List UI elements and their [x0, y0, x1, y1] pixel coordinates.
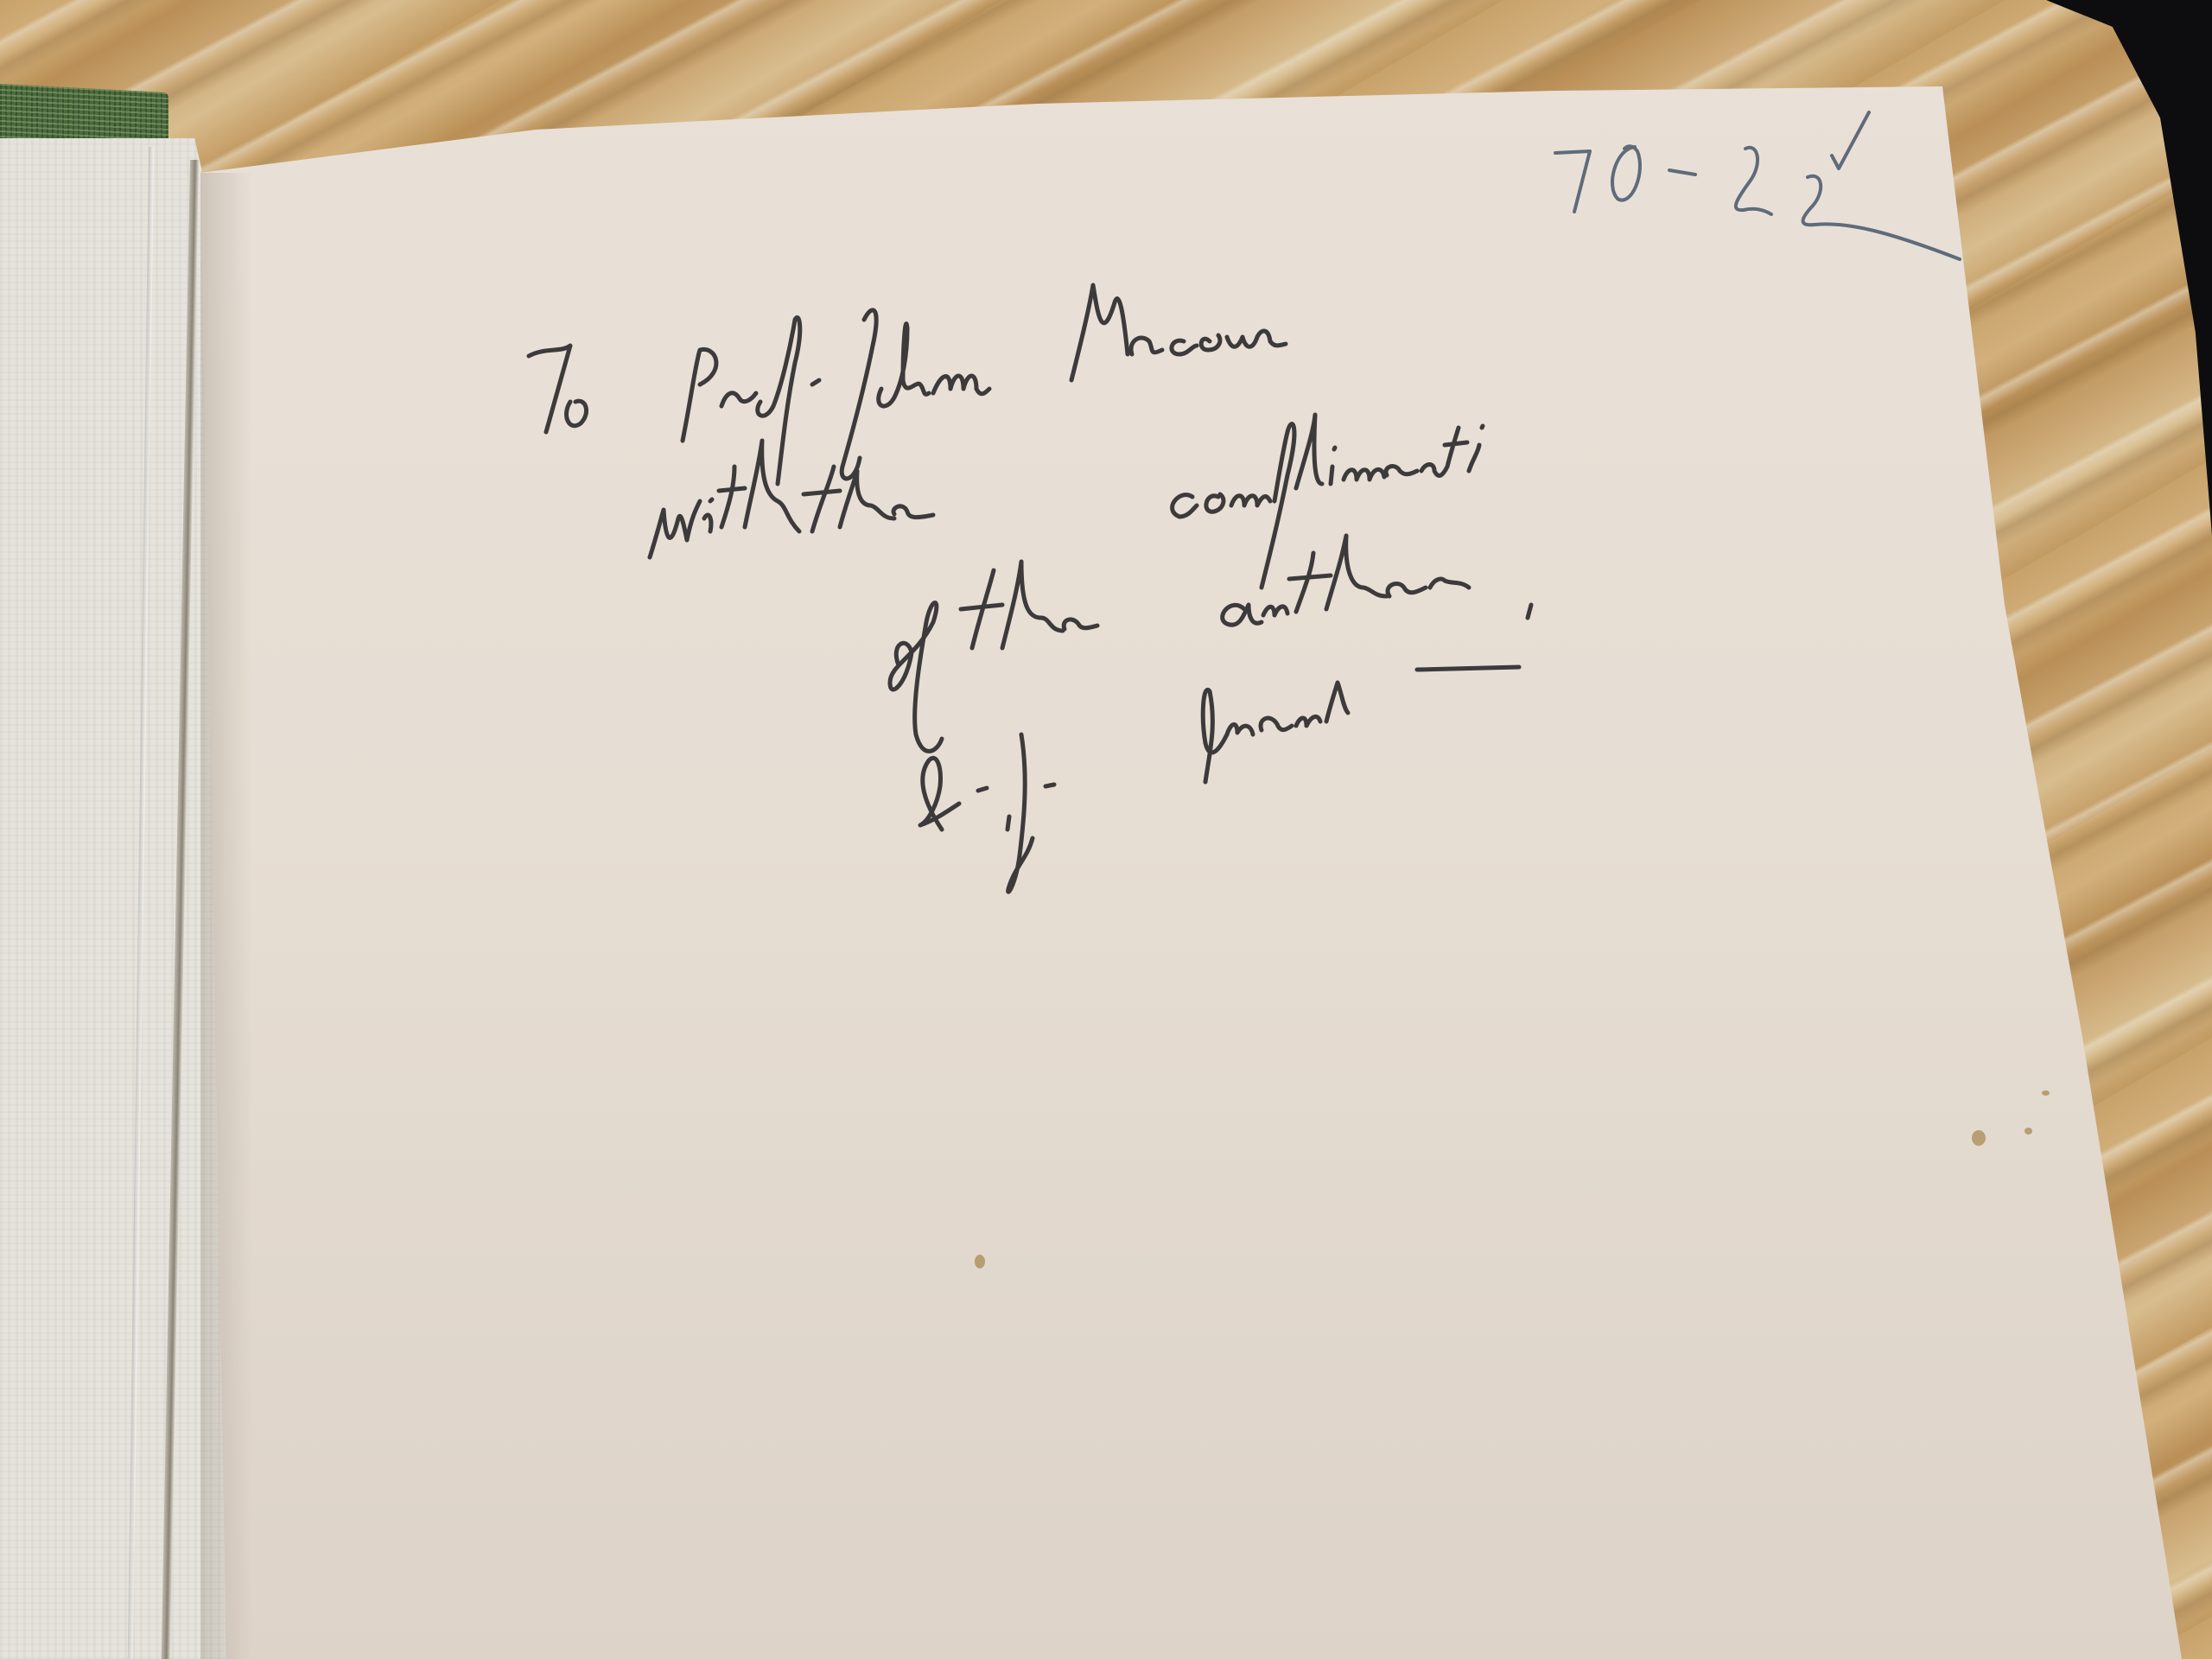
check-mark-icon: ✓	[1755, 130, 1813, 210]
foxing-spot	[2042, 1090, 2050, 1096]
gutter-shadow	[200, 173, 252, 1659]
foxing-spot	[1972, 1130, 1986, 1146]
pencil-note-text: 70-22	[1555, 130, 1755, 210]
signature: A. J. Grant	[916, 691, 1323, 782]
inscription-line-2: with the compliments	[648, 449, 1503, 540]
inscription-line-3: of the author,	[890, 570, 1421, 661]
inscription-line-1: To Prof. John Macoun	[527, 311, 1376, 402]
pencil-note: 70-22✓	[1555, 130, 1813, 210]
flyleaf-page	[0, 0, 2212, 1659]
photo-scene: 70-22✓ To Prof. John Macoun with the com…	[0, 0, 2212, 1659]
foxing-spot	[975, 1255, 985, 1268]
foxing-spot	[2024, 1128, 2032, 1135]
